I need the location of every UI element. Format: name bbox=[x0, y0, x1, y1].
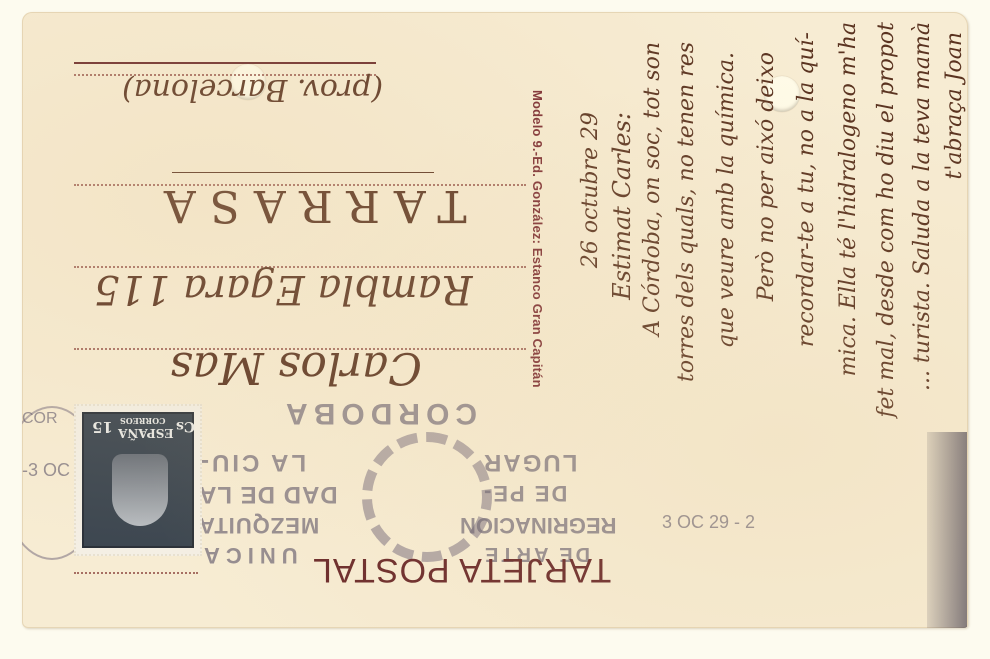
stamp-country: ESPAÑA bbox=[118, 426, 174, 440]
address-province: (prov. Barcelona) bbox=[122, 72, 383, 107]
message-line-10: t'abraça Joan bbox=[942, 32, 967, 180]
cancellation-slogan-right-1: LUGAR bbox=[482, 448, 577, 476]
address-street: Rambla Egara 115 bbox=[94, 266, 472, 312]
cancellation-slogan-left-2: DAD DE LA bbox=[198, 480, 338, 508]
stamp-frame: 15 CORREOS ESPAÑA Cs bbox=[82, 412, 194, 548]
address-rule bbox=[74, 62, 376, 64]
message-line-1: Estimat Carles: bbox=[608, 112, 636, 300]
postmark-date-left: -3 OC bbox=[22, 460, 70, 481]
message-line-8: fet mal, desde com ho diu el propot bbox=[874, 22, 899, 418]
address-recipient: Carlos Mas bbox=[170, 342, 422, 393]
stamp-value: 15 bbox=[92, 418, 113, 436]
message-line-7: mica. Ella té l'hidralogeno m'ha bbox=[836, 22, 861, 376]
publisher-imprint: Modelo 9.-Ed. González: Estanco Gran Cap… bbox=[530, 90, 545, 388]
cancellation-slogan-left-3: MEZQUITA bbox=[198, 512, 319, 538]
cancellation-slogan-left-1: LA CIU- bbox=[198, 448, 306, 476]
stamp-unit: Cs bbox=[176, 418, 195, 434]
postage-stamp: 15 CORREOS ESPAÑA Cs bbox=[74, 404, 202, 556]
address-dotted-line bbox=[74, 572, 198, 574]
cancellation-slogan-left-4: UNICA bbox=[198, 542, 298, 568]
message-line-2: A Córdoba, on soc, tot son bbox=[640, 42, 665, 336]
address-city: TARRASA bbox=[150, 180, 467, 231]
postcard-back: (prov. Barcelona) TARRASA Rambla Egara 1… bbox=[22, 12, 968, 628]
cancellation-emblem bbox=[362, 432, 492, 562]
postmark-date-right: 3 OC 29 - 2 bbox=[662, 512, 755, 533]
stamp-label: CORREOS bbox=[120, 416, 165, 426]
cancellation-slogan-right-3: REGRINACION bbox=[460, 512, 616, 538]
message-date: 26 octubre 29 bbox=[578, 112, 603, 268]
stamp-portrait-icon bbox=[112, 454, 168, 526]
message-line-4: que veure amb la química. bbox=[714, 52, 739, 348]
postmark-city-fragment: COR bbox=[22, 410, 58, 428]
ink-smudge bbox=[927, 432, 967, 628]
message-line-6: recordar-te a tu, no a la quí- bbox=[794, 32, 819, 347]
message-line-9: ... turista. Saluda a la teva mamà bbox=[910, 22, 935, 391]
cancellation-slogan-right-2: DE PE- bbox=[482, 480, 567, 506]
card-type-label: TARJETA POSTAL bbox=[312, 550, 611, 589]
message-line-3: torres dels quals, no tenen res bbox=[674, 42, 699, 382]
handwritten-underline bbox=[172, 172, 434, 173]
message-line-5: Però no per aixó deixo bbox=[754, 52, 779, 301]
cancellation-city: CORDOBA bbox=[280, 396, 477, 430]
